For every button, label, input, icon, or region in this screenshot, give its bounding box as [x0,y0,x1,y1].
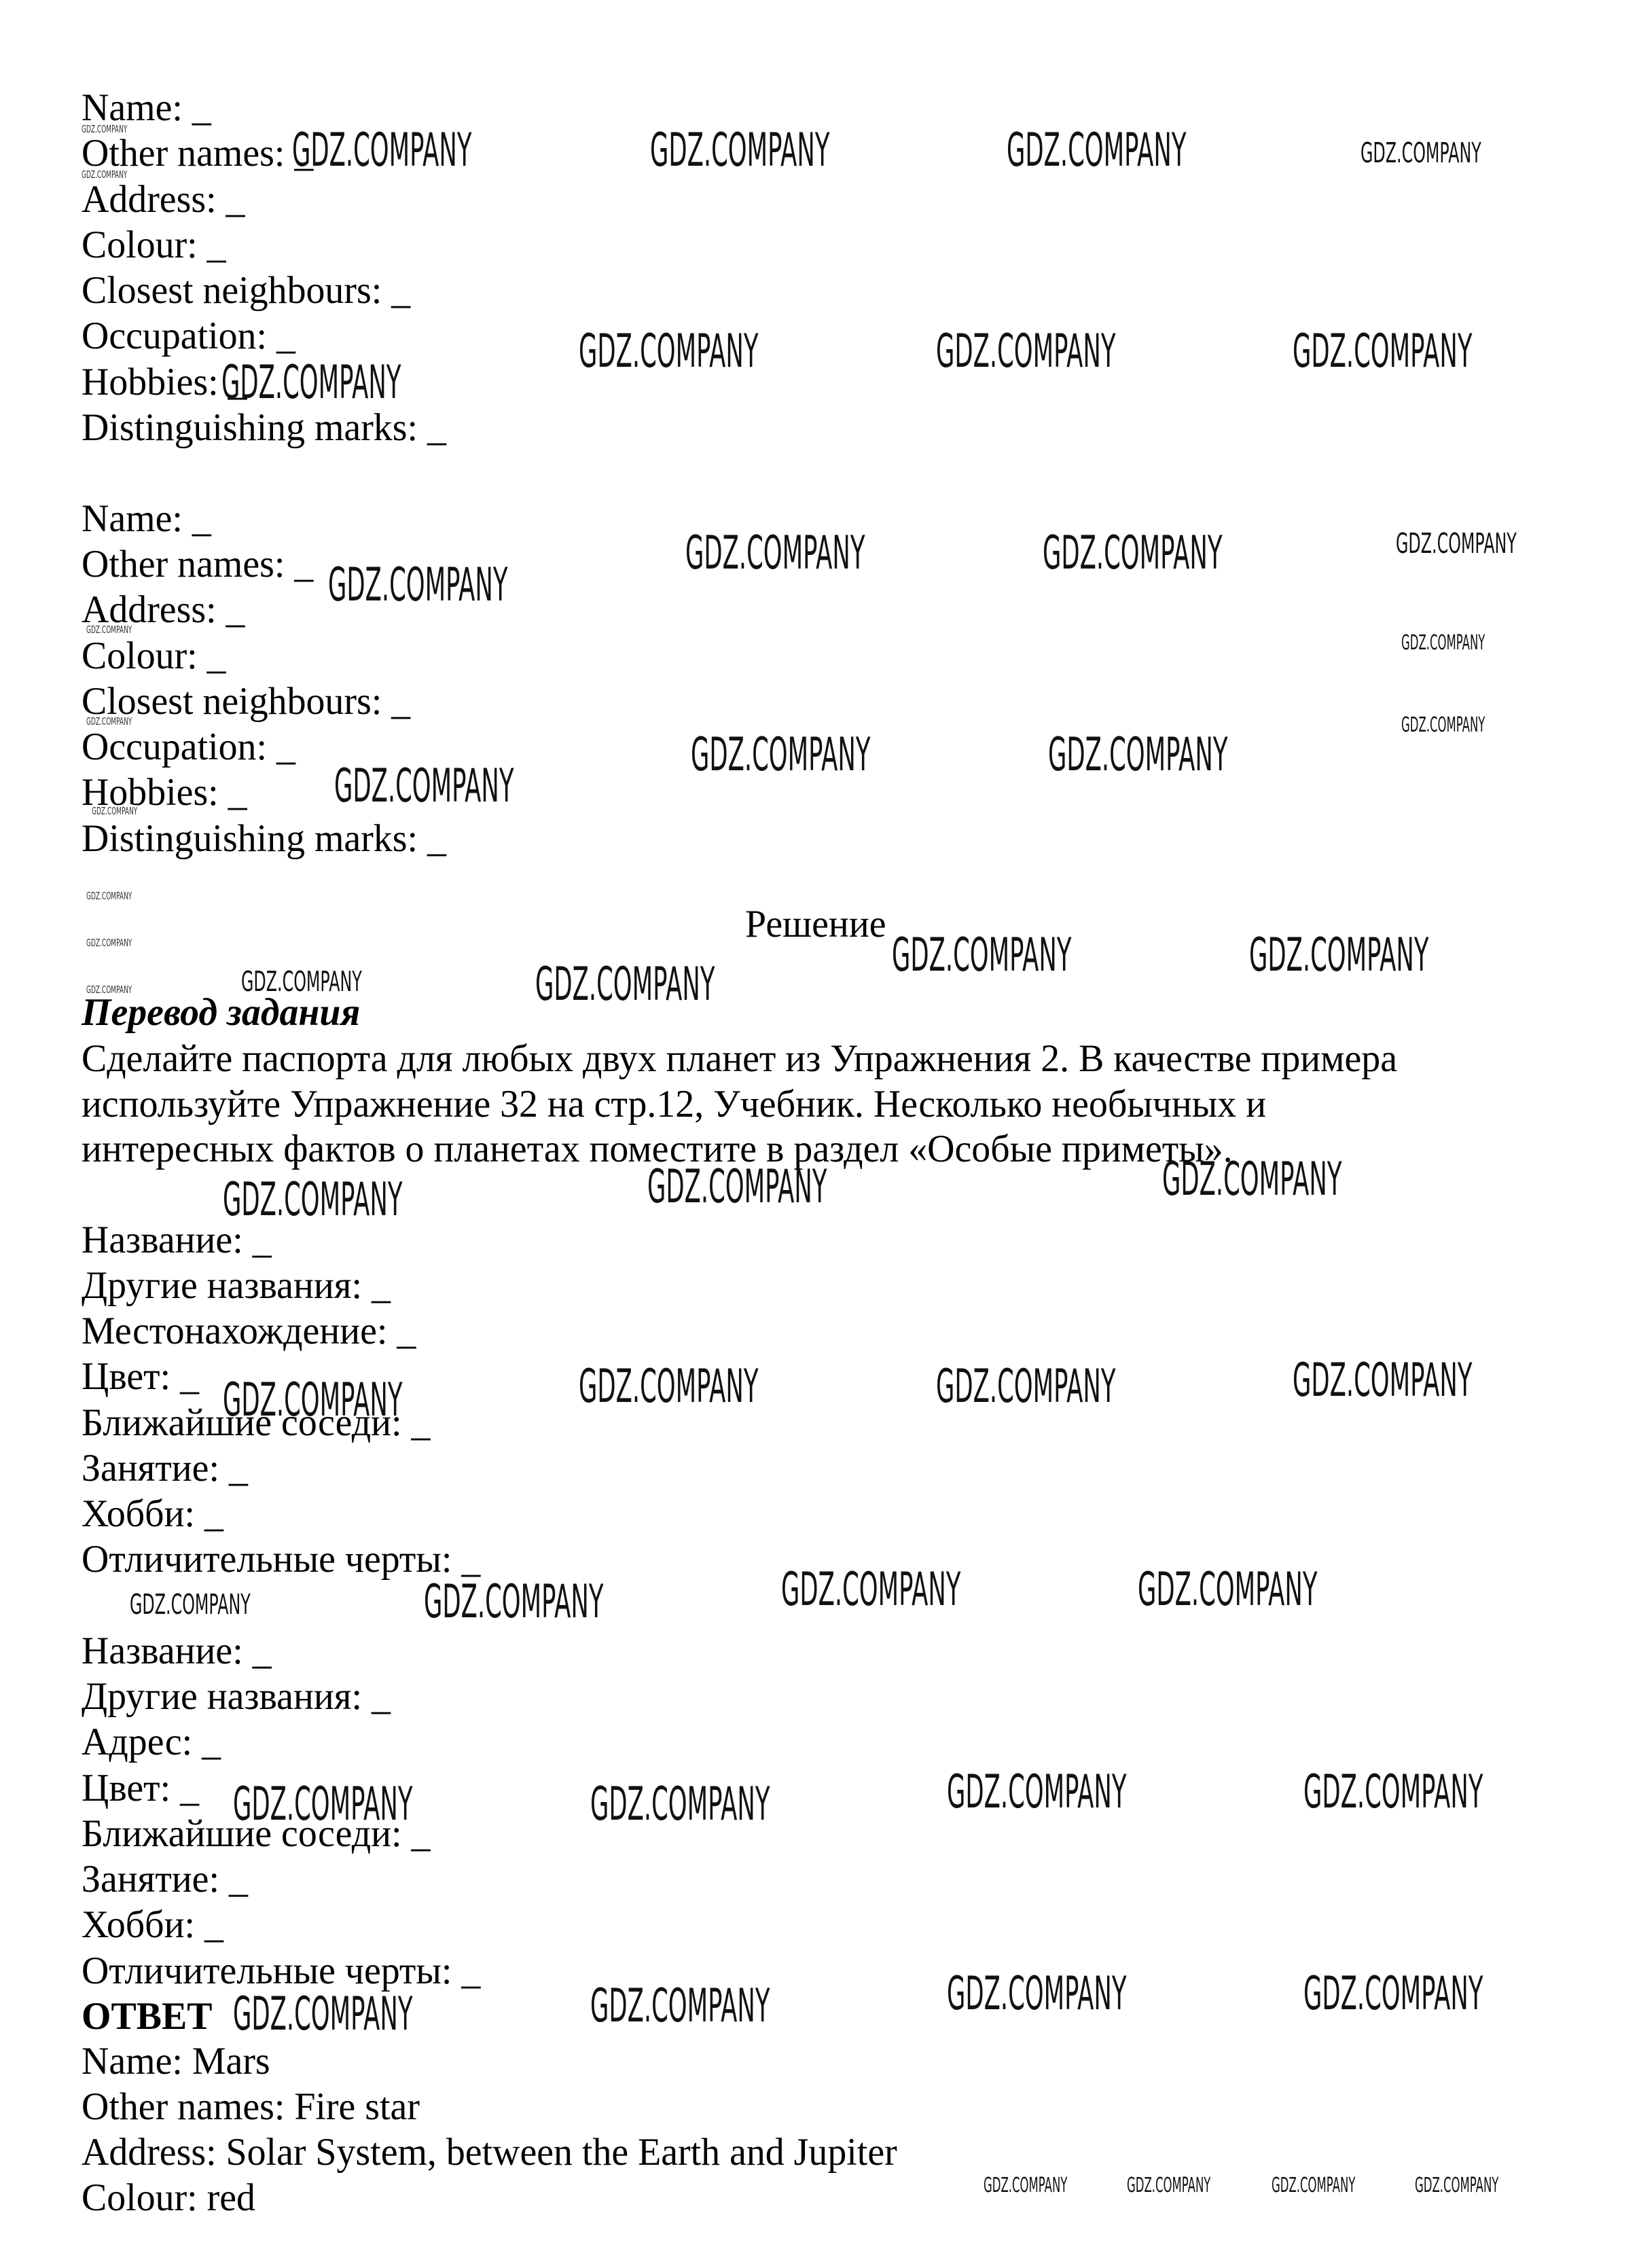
form-line-other-names: Другие названия: _ [82,1677,391,1716]
watermark: GDZ.COMPANY [781,1567,960,1613]
watermark: GDZ.COMPANY [1272,2176,1355,2196]
watermark: GDZ.COMPANY [92,806,137,816]
form-line-occupation: Занятие: _ [82,1860,248,1898]
answer-line-colour: Colour: red [82,2178,255,2217]
watermark: GDZ.COMPANY [685,530,865,577]
form-line-hobbies: Хобби: _ [82,1905,223,1944]
watermark: GDZ.COMPANY [650,128,829,174]
form-line-distinguishing-marks: Отличительные черты: _ [82,1540,480,1579]
form-line-colour: Colour: _ [82,636,226,675]
watermark: GDZ.COMPANY [1396,530,1517,558]
watermark: GDZ.COMPANY [86,985,132,995]
form-line-occupation: Occupation: _ [82,727,295,766]
answer-line-other-names: Other names: Fire star [82,2087,420,2126]
form-line-address: Адрес: _ [82,1723,221,1761]
form-line-distinguishing-marks: Distinguishing marks: _ [82,819,446,858]
answer-line-name: Name: Mars [82,2042,270,2081]
watermark: GDZ.COMPANY [1293,329,1472,375]
watermark: GDZ.COMPANY [86,625,132,635]
document-page: Name: _ Other names: _ Address: _ Colour… [0,0,1639,2268]
form-line-other-names: Other names: _ [82,134,313,173]
form-line-name: Name: _ [82,499,211,538]
watermark: GDZ.COMPANY [1249,933,1428,979]
translation-line: используйте Упражнение 32 на стр.12, Уче… [82,1085,1266,1123]
watermark: GDZ.COMPANY [424,1579,603,1625]
watermark: GDZ.COMPANY [1138,1567,1317,1613]
watermark: GDZ.COMPANY [1293,1358,1472,1404]
form-line-closest-neighbours: Closest neighbours: _ [82,271,410,310]
watermark: GDZ.COMPANY [221,360,401,406]
watermark: GDZ.COMPANY [947,1769,1126,1816]
watermark: GDZ.COMPANY [292,128,471,174]
form-line-colour: Цвет: _ [82,1357,199,1396]
watermark: GDZ.COMPANY [936,1364,1115,1410]
answer-heading: ОТВЕТ [82,1997,212,2036]
form-line-hobbies: Хобби: _ [82,1494,223,1533]
watermark: GDZ.COMPANY [233,1782,412,1828]
translation-heading: Перевод задания [82,993,360,1032]
form-line-distinguishing-marks: Distinguishing marks: _ [82,408,446,447]
watermark: GDZ.COMPANY [936,329,1115,375]
form-line-colour: Цвет: _ [82,1769,199,1807]
watermark: GDZ.COMPANY [947,1971,1126,2017]
watermark: GDZ.COMPANY [691,732,870,778]
form-line-distinguishing-marks: Отличительные черты: _ [82,1951,480,1990]
watermark: GDZ.COMPANY [984,2176,1067,2196]
watermark: GDZ.COMPANY [82,124,127,134]
watermark: GDZ.COMPANY [579,1364,758,1410]
watermark: GDZ.COMPANY [1401,633,1485,653]
solution-heading: Решение [745,905,886,943]
watermark: GDZ.COMPANY [328,562,507,609]
watermark: GDZ.COMPANY [86,891,132,901]
watermark: GDZ.COMPANY [1162,1157,1341,1203]
watermark: GDZ.COMPANY [223,1177,402,1223]
form-line-other-names: Другие названия: _ [82,1266,391,1305]
watermark: GDZ.COMPANY [1127,2176,1210,2196]
watermark: GDZ.COMPANY [590,1983,770,2030]
form-line-occupation: Занятие: _ [82,1449,248,1488]
watermark: GDZ.COMPANY [1303,1769,1483,1816]
watermark: GDZ.COMPANY [1303,1971,1483,2017]
watermark: GDZ.COMPANY [86,938,132,948]
form-line-name: Name: _ [82,88,211,127]
form-line-occupation: Occupation: _ [82,317,295,355]
form-line-address: Address: _ [82,180,245,219]
watermark: GDZ.COMPANY [1007,128,1186,174]
watermark: GDZ.COMPANY [233,1992,412,2038]
form-line-colour: Colour: _ [82,226,226,264]
watermark: GDZ.COMPANY [892,933,1071,979]
watermark: GDZ.COMPANY [334,763,514,810]
watermark: GDZ.COMPANY [1361,139,1481,167]
watermark: GDZ.COMPANY [241,968,362,996]
answer-line-address: Address: Solar System, between the Earth… [82,2133,897,2172]
watermark: GDZ.COMPANY [1043,530,1222,577]
watermark: GDZ.COMPANY [1048,732,1227,778]
watermark: GDZ.COMPANY [1415,2176,1498,2196]
watermark: GDZ.COMPANY [590,1782,770,1828]
translation-line: Сделайте паспорта для любых двух планет … [82,1039,1397,1078]
watermark: GDZ.COMPANY [130,1591,251,1619]
watermark: GDZ.COMPANY [86,717,132,727]
watermark: GDZ.COMPANY [647,1164,827,1210]
form-line-other-names: Other names: _ [82,545,313,583]
watermark: GDZ.COMPANY [579,329,758,375]
watermark: GDZ.COMPANY [1401,715,1485,736]
watermark: GDZ.COMPANY [535,962,715,1008]
watermark: GDZ.COMPANY [223,1378,402,1424]
watermark: GDZ.COMPANY [82,170,127,180]
form-line-location: Местонахождение: _ [82,1312,416,1350]
form-line-name: Название: _ [82,1632,272,1670]
